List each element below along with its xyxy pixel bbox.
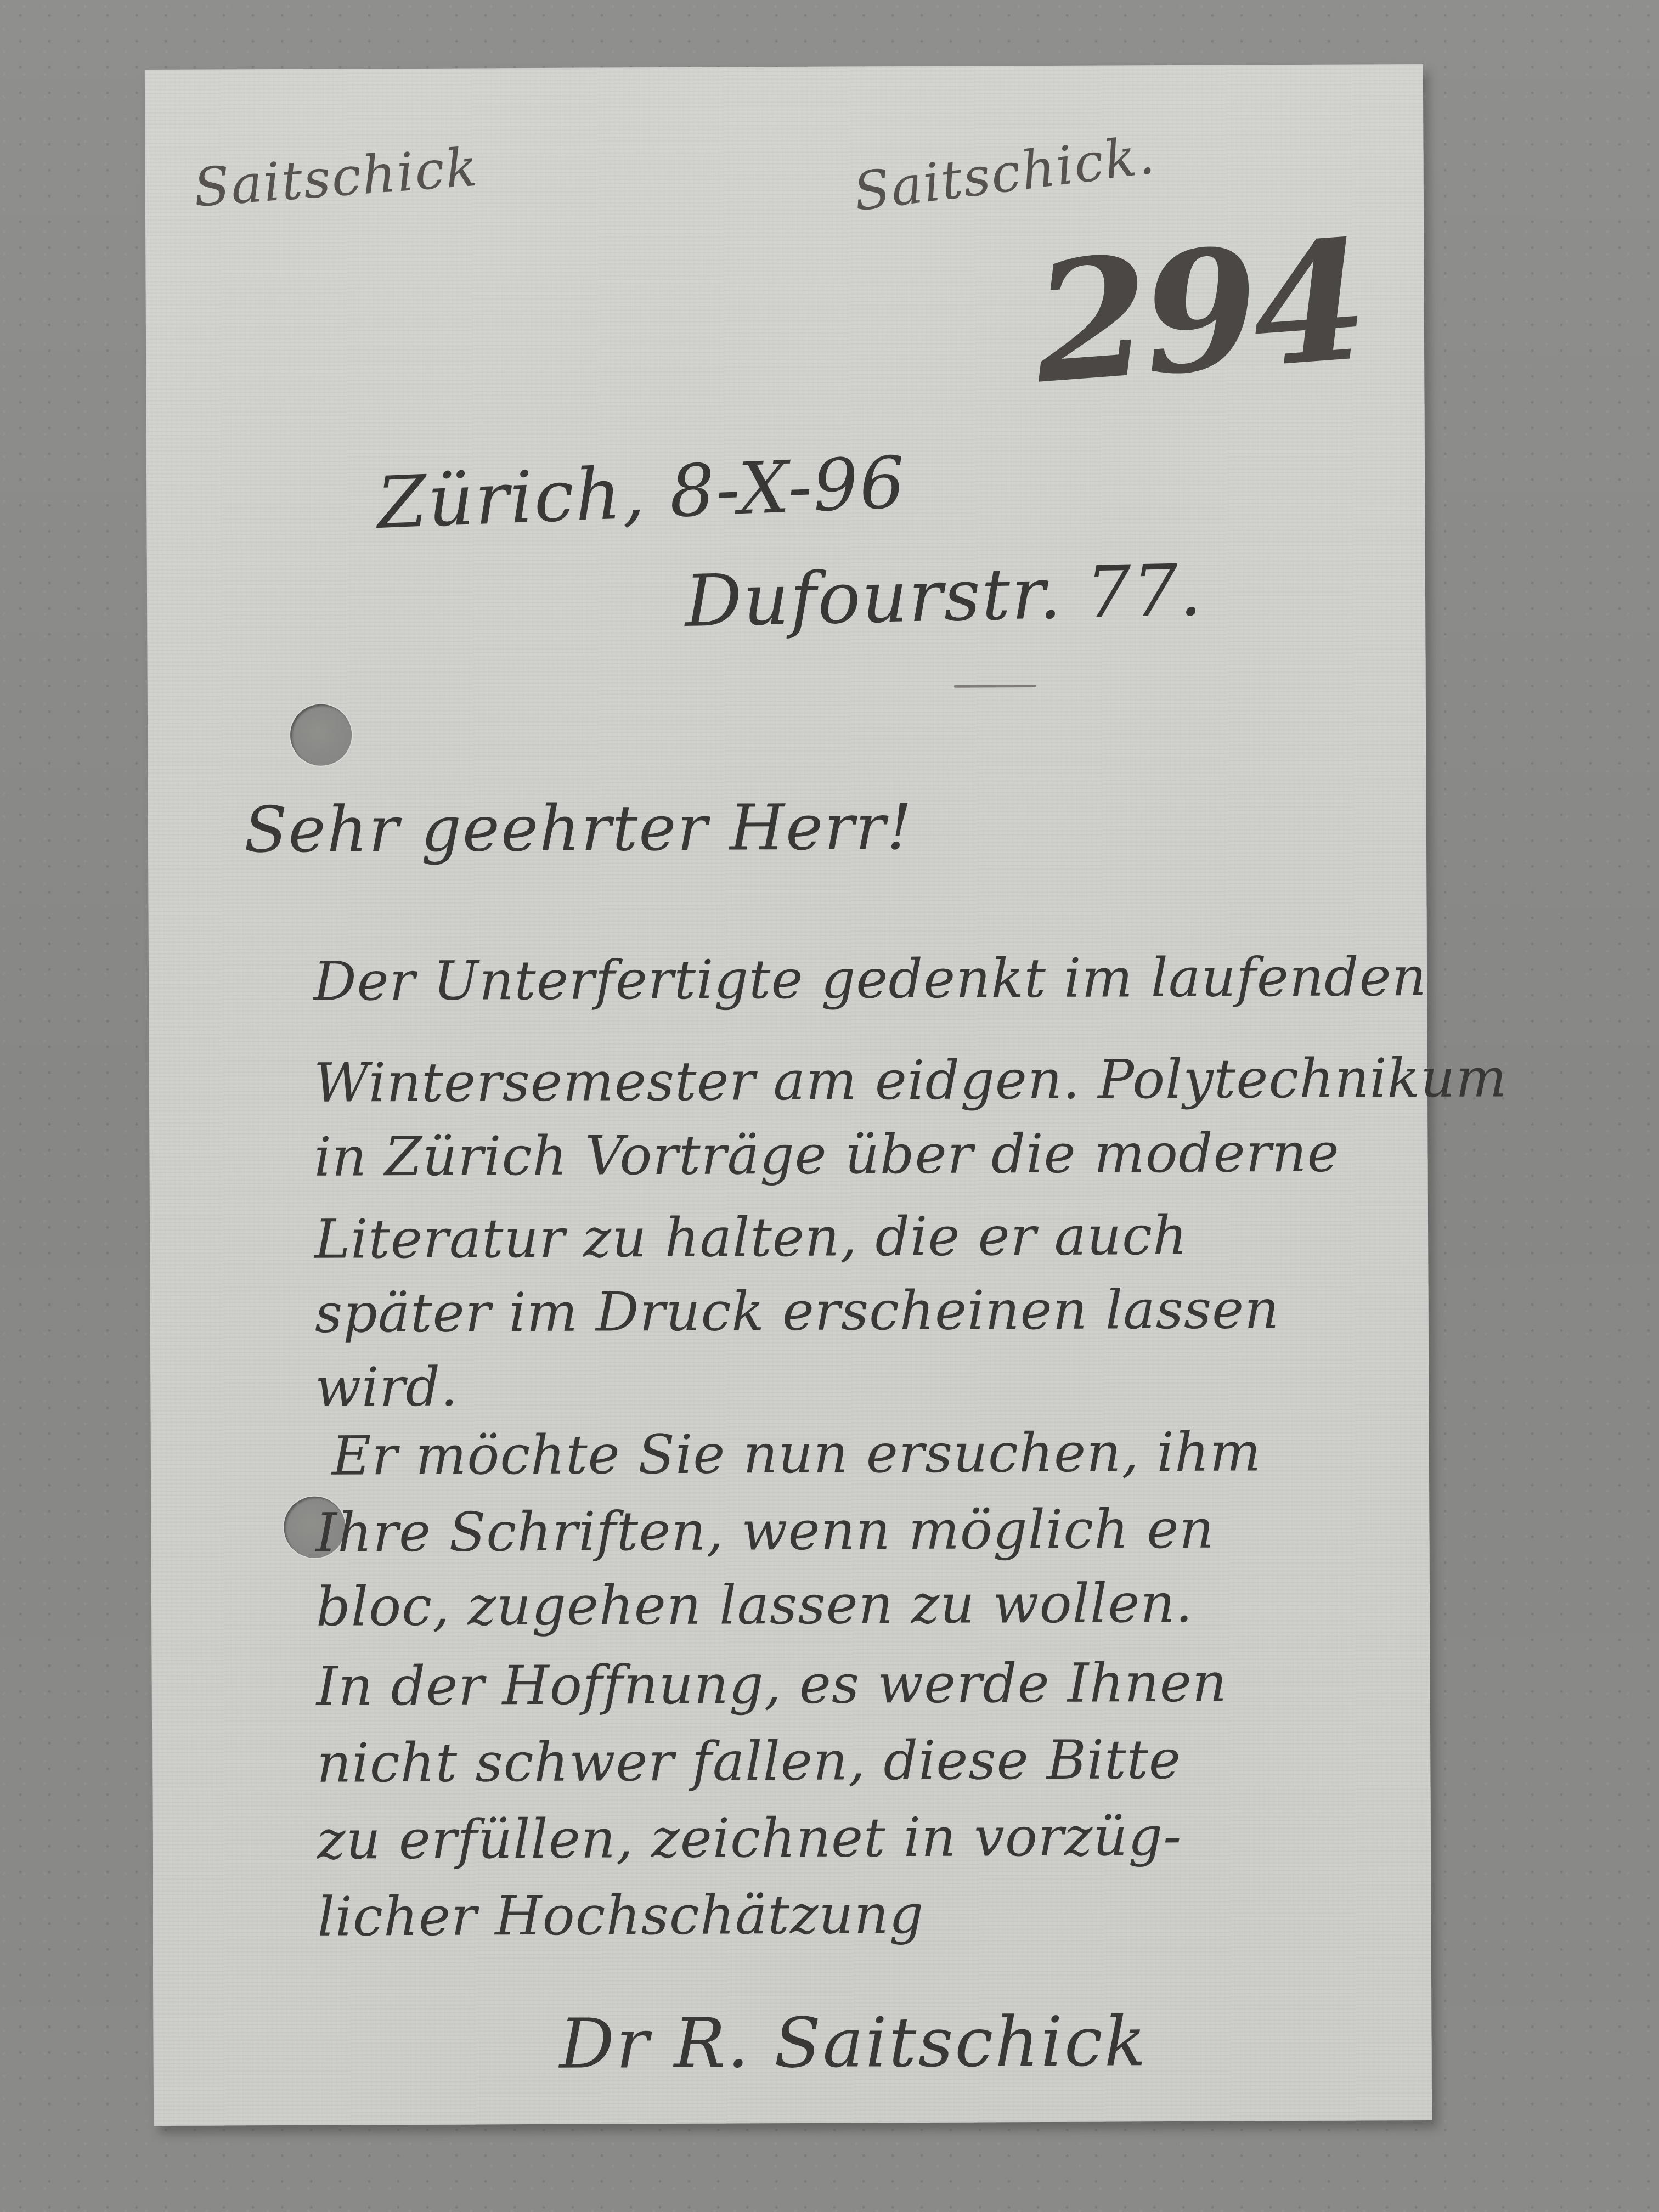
address: Dufourstr. 77.: [684, 554, 1204, 637]
pencil-name-left: Saitschick: [192, 140, 480, 214]
place-date: Zürich, 8-X-96: [376, 447, 907, 539]
body-line: nicht schwer fallen, diese Bitte: [317, 1733, 1181, 1791]
body-line: wird.: [315, 1361, 458, 1415]
letter-sheet: Saitschick Saitschick. 294 Zürich, 8-X-9…: [145, 64, 1432, 2126]
body-line: Literatur zu halten, die er auch: [314, 1209, 1188, 1267]
separator-rule: [954, 685, 1036, 688]
body-line: In der Hoffnung, es werde Ihnen: [316, 1656, 1227, 1714]
body-line: Er möchte Sie nun ersuchen, ihm: [332, 1425, 1262, 1483]
body-line: zu erfüllen, zeichnet in vorzüg-: [317, 1810, 1182, 1867]
body-line: Der Unterfertigte gedenkt im laufenden: [313, 950, 1427, 1009]
backing-board: Saitschick Saitschick. 294 Zürich, 8-X-9…: [0, 0, 1659, 2212]
body-line: in Zürich Vorträge über die moderne: [314, 1126, 1339, 1184]
body-line: Ihre Schriften, wenn möglich en: [315, 1503, 1215, 1560]
body-line: bloc, zugehen lassen zu wollen.: [316, 1577, 1193, 1634]
body-line: später im Druck erscheinen lassen: [315, 1283, 1280, 1341]
punch-hole-top: [290, 704, 352, 765]
salutation: Sehr geehrter Herr!: [244, 796, 913, 862]
body-line: licher Hochschätzung: [317, 1888, 924, 1944]
body-line: Wintersemester am eidgen. Polytechnikum: [314, 1051, 1508, 1110]
pencil-name-right: Saitschick.: [851, 128, 1158, 219]
catalog-number: 294: [1029, 218, 1367, 406]
signature: Dr R. Saitschick: [559, 2007, 1148, 2079]
